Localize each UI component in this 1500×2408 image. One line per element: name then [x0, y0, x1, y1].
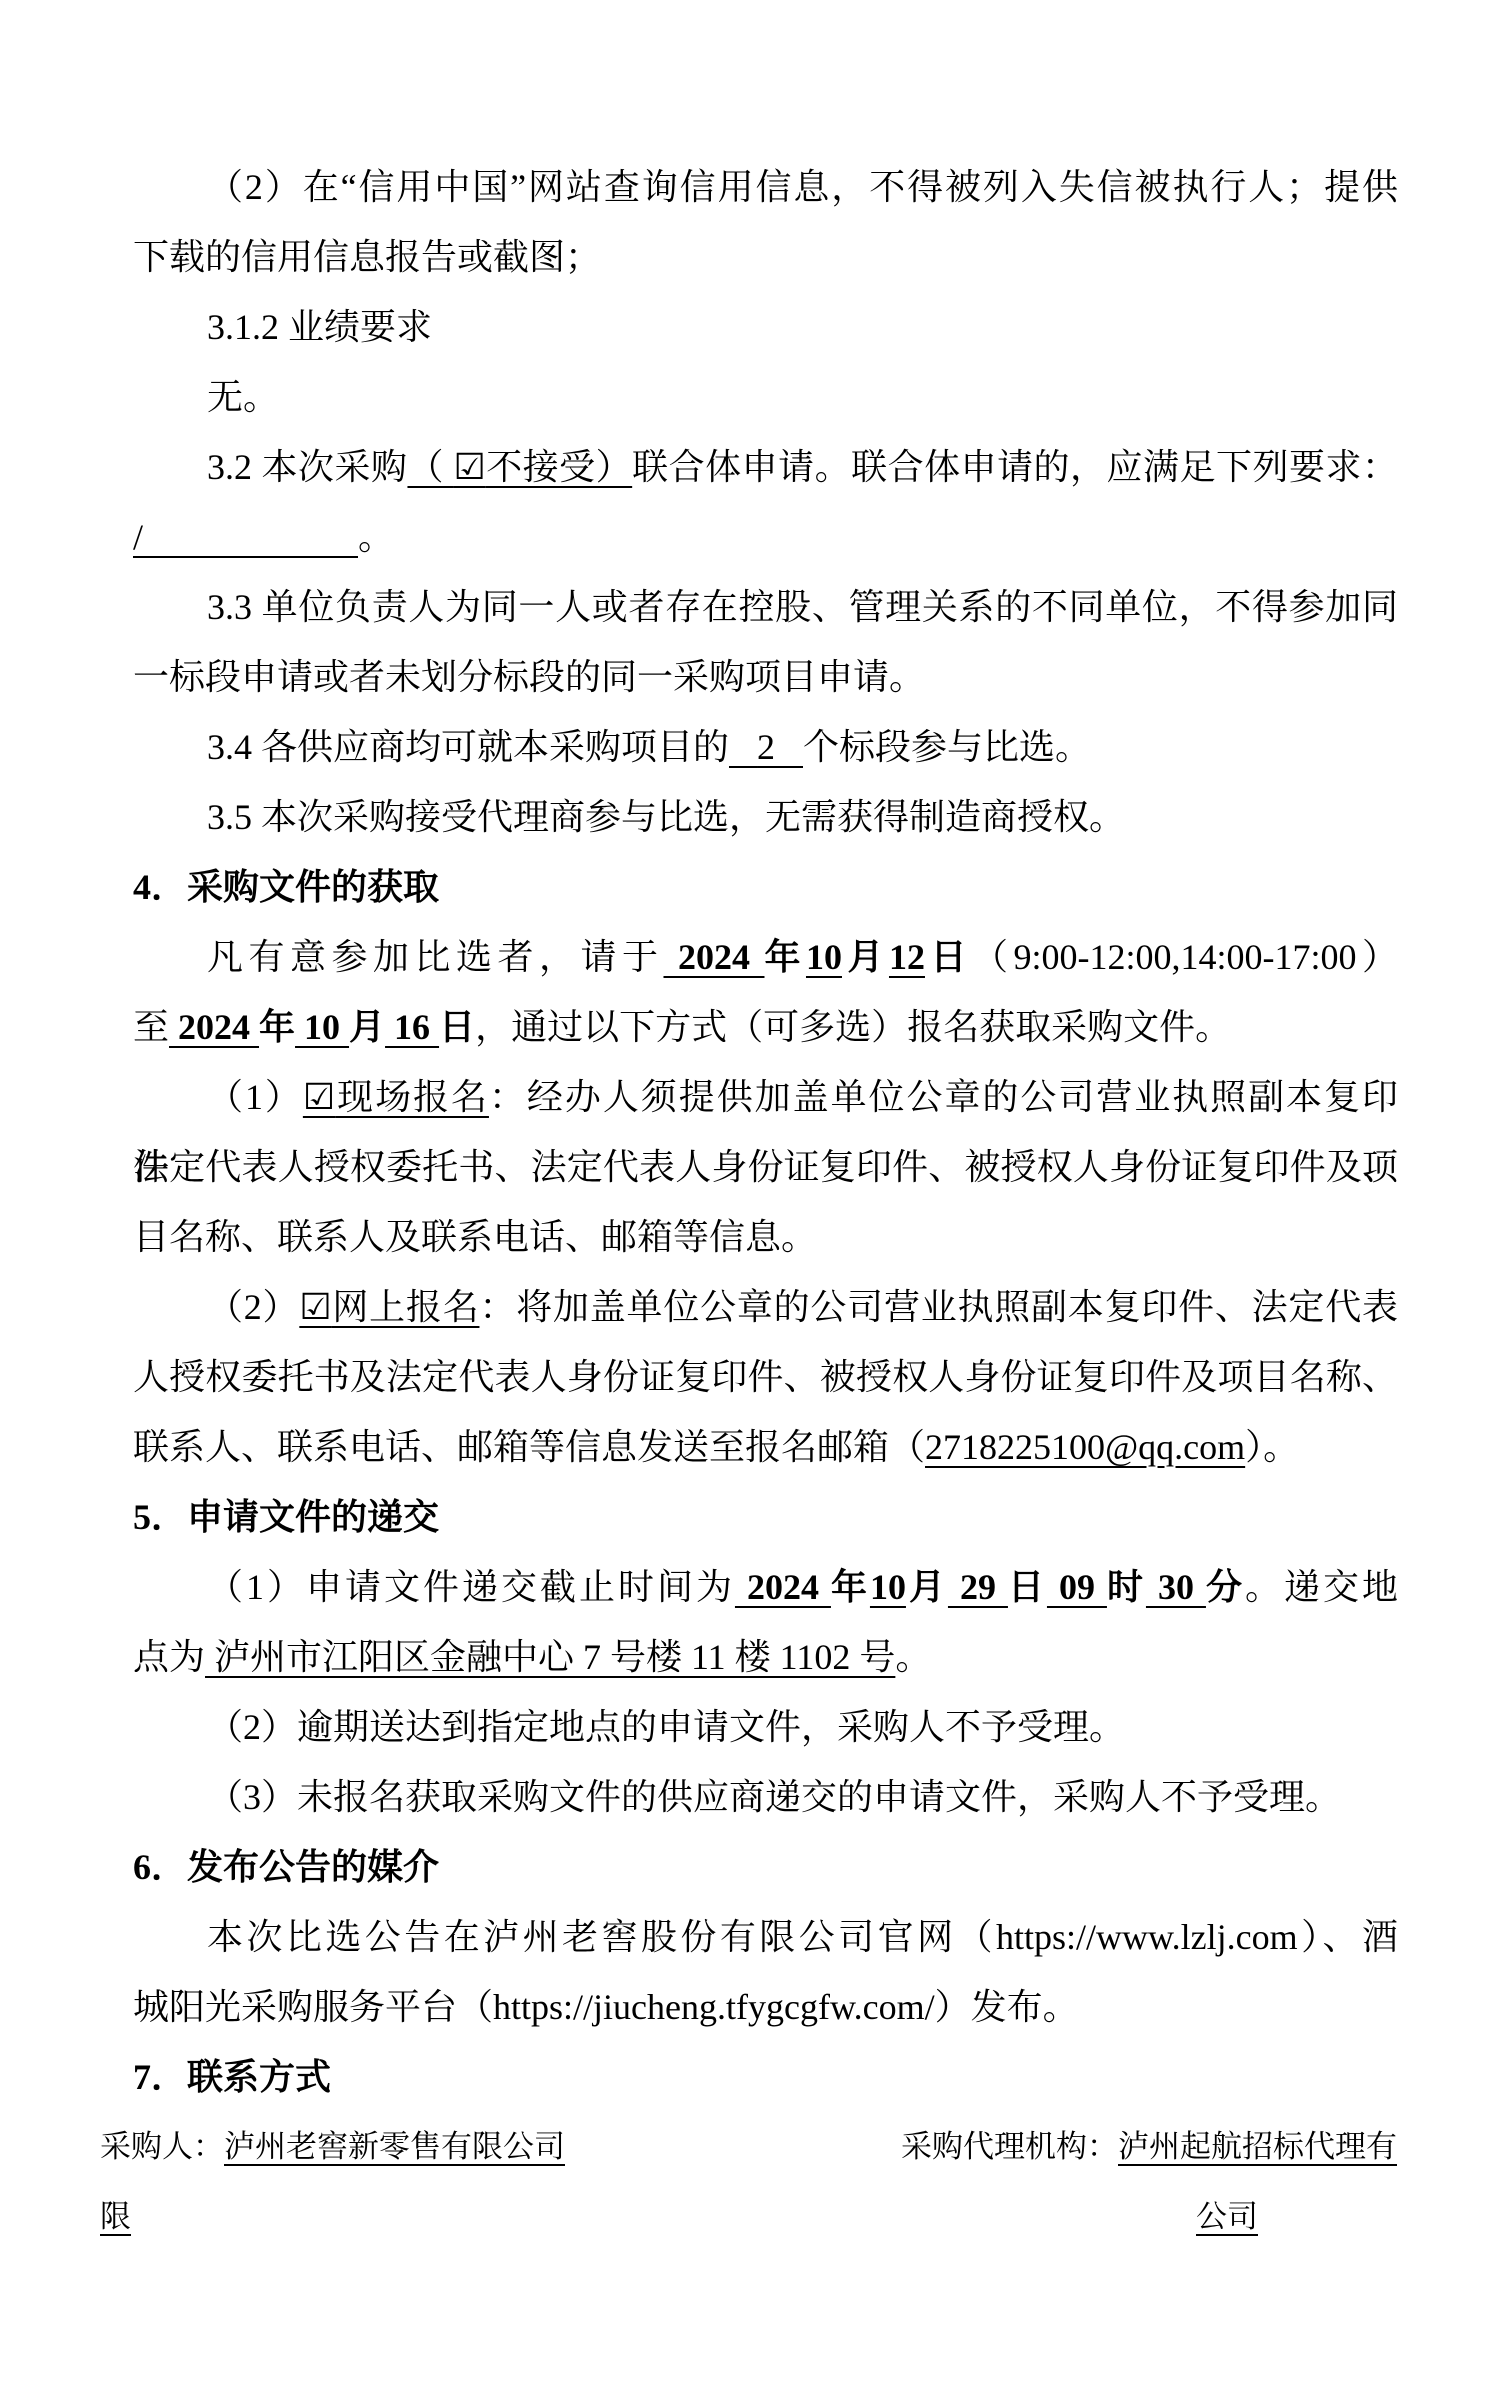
text-run: 城阳光采购服务平台（: [133, 1987, 493, 2027]
text-run: [729, 756, 757, 768]
contact-line: 采购人：泸州老窖新零售有限公司采购代理机构：泸州起航招标代理有限: [100, 2112, 1398, 2182]
text-run: 3.1.2 业绩要求: [207, 307, 432, 347]
text-run: 日: [439, 1007, 475, 1047]
doc-line: 人授权委托书及法定代表人身份证复印件、被授权人身份证复印件及项目名称、: [133, 1342, 1398, 1412]
text-run: 不接受）: [486, 447, 632, 487]
text-run: 凡有意参加比选者，请于: [207, 937, 663, 977]
text-run: ）发布。: [935, 1987, 1079, 2027]
doc-line: 至 2024 年 10 月 16 日，通过以下方式（可多选）报名获取采购文件。: [133, 992, 1398, 1062]
text-run: 3.5 本次采购接受代理商参与比选，无需获得制造商授权。: [207, 797, 1125, 837]
online-registration-label: 网上报名: [332, 1287, 480, 1327]
deadline-year: 2024: [735, 1567, 831, 1607]
doc-line: （1）申请文件递交截止时间为 2024 年10月 29 日 09 时 30 分。…: [133, 1552, 1398, 1622]
text-run: 联系人、联系电话、邮箱等信息发送至报名邮箱（: [133, 1427, 925, 1467]
text-run: 一标段申请或者未划分标段的同一采购项目申请。: [133, 657, 925, 697]
doc-line: 目名称、联系人及联系电话、邮箱等信息。: [133, 1202, 1398, 1272]
reg-end-day: 16: [385, 1007, 439, 1047]
text-run: （1）申请文件递交截止时间为: [207, 1567, 735, 1607]
text-run: 无。: [207, 377, 279, 417]
section-heading-5: 5．申请文件的递交: [133, 1482, 1398, 1552]
doc-line: （3）未报名获取采购文件的供应商递交的申请文件，采购人不予受理。: [133, 1762, 1398, 1832]
document-page: （2）在“信用中国”网站查询信用信息，不得被列入失信被执行人；提供下载的信用信息…: [0, 0, 1500, 2408]
url-text: https://www.lzlj.com: [996, 1917, 1298, 1957]
doc-line: （1）☑现场报名：经办人须提供加盖单位公章的公司营业执照副本复印件、: [133, 1062, 1398, 1132]
contact-line-wrap: 公司: [133, 2182, 1398, 2252]
text-run: （: [407, 447, 453, 487]
text-run: ：将加盖单位公章的公司营业执照副本复印件、法定代表: [479, 1287, 1398, 1327]
text-run: 本次比选公告在泸州老窖股份有限公司官网（: [207, 1917, 996, 1957]
text-run: 联合体申请。联合体申请的，应满足下列要求：: [632, 447, 1398, 487]
doc-line: 3.5 本次采购接受代理商参与比选，无需获得制造商授权。: [133, 782, 1398, 852]
text-run: （2）: [207, 1287, 299, 1327]
text-run: 。递交地: [1245, 1567, 1398, 1607]
text-run: 年: [831, 1567, 870, 1607]
text-run: （1）: [207, 1077, 303, 1117]
doc-line: 联系人、联系电话、邮箱等信息发送至报名邮箱（2718225100@qq.com）…: [133, 1412, 1398, 1482]
deadline-month: 10: [870, 1567, 906, 1607]
text-run: [565, 2147, 901, 2157]
section-heading-6: 6．发布公告的媒介: [133, 1832, 1398, 1902]
text-run: 至: [133, 1007, 169, 1047]
checkbox-checked-icon: ☑: [453, 447, 485, 487]
deadline-minute: 30: [1146, 1567, 1206, 1607]
purchaser-name: 泸州老窖新零售有限公司: [224, 2129, 565, 2164]
text-run: [775, 756, 803, 768]
doc-line: 无。: [133, 362, 1398, 432]
doc-line: 3.1.2 业绩要求: [133, 292, 1398, 362]
doc-line: （2）☑网上报名：将加盖单位公章的公司营业执照副本复印件、法定代表: [133, 1272, 1398, 1342]
text-run: 分: [1206, 1567, 1245, 1607]
text-run: 年: [259, 1007, 295, 1047]
text-run: 5．申请文件的递交: [133, 1497, 439, 1537]
doc-line: 3.4 各供应商均可就本采购项目的2个标段参与比选。: [133, 712, 1398, 782]
section-heading-4: 4．采购文件的获取: [133, 852, 1398, 922]
text-run: 。: [895, 1637, 931, 1677]
reg-start-month: 10: [806, 937, 842, 977]
text-run: [143, 546, 358, 558]
text-run: （2）在“信用中国”网站查询信用信息，不得被列入失信被执行人；提供: [207, 167, 1398, 207]
doc-line: 本次比选公告在泸州老窖股份有限公司官网（https://www.lzlj.com…: [133, 1902, 1398, 1972]
doc-line: 3.2 本次采购（ ☑不接受）联合体申请。联合体申请的，应满足下列要求：: [133, 432, 1398, 502]
doc-line: 下载的信用信息报告或截图；: [133, 222, 1398, 292]
text-run: （3）未报名获取采购文件的供应商递交的申请文件，采购人不予受理。: [207, 1777, 1341, 1817]
email-text: 2718225100@qq.com: [925, 1427, 1245, 1467]
reg-end-year: 2024: [169, 1007, 259, 1047]
text-run: 日: [1008, 1567, 1047, 1607]
text-run: ）。: [1245, 1427, 1299, 1467]
deadline-hour: 09: [1047, 1567, 1107, 1607]
doc-line: 城阳光采购服务平台（https://jiucheng.tfygcgfw.com/…: [133, 1972, 1398, 2042]
text-run: ）、酒: [1298, 1917, 1398, 1957]
text-run: 日: [925, 937, 972, 977]
text-run: 个标段参与比选。: [803, 727, 1091, 767]
text-run: 点为: [133, 1637, 205, 1677]
text-run: 7．联系方式: [133, 2057, 331, 2097]
text-run: 月: [906, 1567, 948, 1607]
deadline-day: 29: [948, 1567, 1008, 1607]
checkbox-checked-icon: ☑: [299, 1287, 331, 1327]
doc-line: （2）逾期送达到指定地点的申请文件，采购人不予受理。: [133, 1692, 1398, 1762]
section-heading-7: 7．联系方式: [133, 2042, 1398, 2112]
purchaser-label: 采购人：: [100, 2129, 224, 2164]
text-run: 。: [358, 517, 394, 557]
checkbox-checked-icon: ☑: [303, 1077, 335, 1117]
text-run: 3.4 各供应商均可就本采购项目的: [207, 727, 729, 767]
doc-line: 一标段申请或者未划分标段的同一采购项目申请。: [133, 642, 1398, 712]
address-text: 泸州市江阳区金融中心 7 号楼 11 楼 1102 号: [205, 1637, 895, 1677]
text-run: 6．发布公告的媒介: [133, 1847, 439, 1887]
doc-line: 法定代表人授权委托书、法定代表人身份证复印件、被授权人身份证复印件及项: [133, 1132, 1398, 1202]
reg-end-month: 10: [295, 1007, 349, 1047]
text-run: 月: [349, 1007, 385, 1047]
doc-line: 3.3 单位负责人为同一人或者存在控股、管理关系的不同单位，不得参加同: [133, 572, 1398, 642]
lot-count-value: 2: [757, 727, 775, 767]
text-run: 年: [764, 937, 806, 977]
text-run: /: [133, 517, 143, 557]
text-run: ，通过以下方式（可多选）报名获取采购文件。: [475, 1007, 1231, 1047]
agency-name-cont: 公司: [1196, 2199, 1258, 2234]
doc-line: （2）在“信用中国”网站查询信用信息，不得被列入失信被执行人；提供: [133, 152, 1398, 222]
doc-line: 凡有意参加比选者，请于 2024 年10月12日（9:00-12:00,14:0…: [133, 922, 1398, 992]
text-run: 4．采购文件的获取: [133, 867, 439, 907]
text-run: （2）逾期送达到指定地点的申请文件，采购人不予受理。: [207, 1707, 1125, 1747]
doc-line: /。: [133, 502, 1398, 572]
url-text: https://jiucheng.tfygcgfw.com/: [493, 1987, 935, 2027]
text-run: 3.2 本次采购: [207, 447, 407, 487]
text-run: （9:00-12:00,14:00-17:00）: [972, 937, 1398, 977]
text-run: 月: [842, 937, 889, 977]
onsite-registration-label: 现场报名: [335, 1077, 489, 1117]
reg-start-day: 12: [889, 937, 925, 977]
text-run: 法定代表人授权委托书、法定代表人身份证复印件、被授权人身份证复印件及项: [133, 1147, 1398, 1187]
text-run: 目名称、联系人及联系电话、邮箱等信息。: [133, 1217, 817, 1257]
text-run: 3.3 单位负责人为同一人或者存在控股、管理关系的不同单位，不得参加同: [207, 587, 1398, 627]
doc-line: 点为 泸州市江阳区金融中心 7 号楼 11 楼 1102 号。: [133, 1622, 1398, 1692]
text-run: 人授权委托书及法定代表人身份证复印件、被授权人身份证复印件及项目名称、: [133, 1357, 1398, 1397]
agency-label: 采购代理机构：: [901, 2129, 1118, 2164]
text-run: 时: [1107, 1567, 1146, 1607]
reg-start-year: 2024: [663, 937, 764, 977]
document-content: （2）在“信用中国”网站查询信用信息，不得被列入失信被执行人；提供下载的信用信息…: [133, 152, 1398, 2252]
text-run: 下载的信用信息报告或截图；: [133, 237, 601, 277]
